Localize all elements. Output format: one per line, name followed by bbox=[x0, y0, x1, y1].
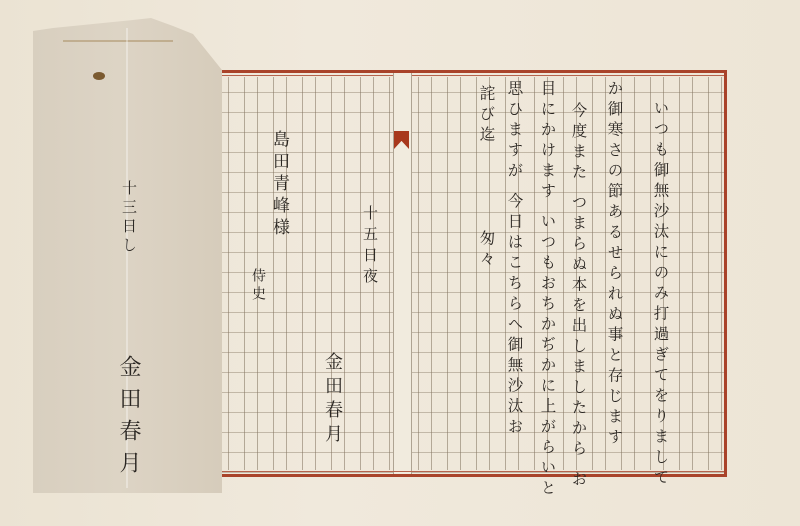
manuscript-grid bbox=[222, 77, 724, 470]
envelope-date: 十三日し bbox=[121, 180, 136, 256]
letter-body-line-5: 思ひますが 今日はこちらへ御無沙汰お bbox=[506, 80, 522, 438]
letter-closing: 匆々 bbox=[478, 230, 494, 271]
letter-body-line-3: 今度また つまらぬ本を出しましたから お bbox=[570, 102, 586, 491]
addressee-note: 侍史 bbox=[251, 268, 265, 304]
letter-body-line-1: いつも御無沙汰にのみ打過ぎてをりまして bbox=[652, 100, 668, 490]
envelope-stain bbox=[93, 72, 105, 80]
letter-body-line-4: 目にかけます いつもおちかぢかに上がらいと bbox=[539, 80, 555, 500]
envelope-sender: 金田春月 bbox=[117, 355, 139, 483]
letter-date: 十五日夜 bbox=[362, 205, 377, 289]
envelope-flap bbox=[63, 32, 173, 42]
letter-body-line-6: 詫び迄 bbox=[478, 85, 494, 147]
signature: 金田春月 bbox=[323, 352, 341, 448]
addressee: 島田青峰様 bbox=[270, 130, 287, 240]
letter-body-line-2: か御寒さの節あるせられぬ事と存じます bbox=[606, 80, 622, 449]
